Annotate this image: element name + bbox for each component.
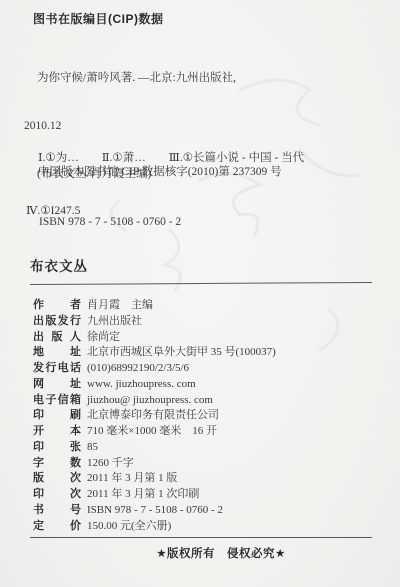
colophon-row-website: 网址 www. jiuzhoupress. com <box>33 375 373 391</box>
classification-line-2: Ⅳ.①I247.5 <box>26 203 304 221</box>
colophon-label: 出版人 <box>33 328 81 344</box>
colophon-value: (010)68992190/2/3/5/6 <box>87 362 189 374</box>
colophon-row-email: 电子信箱 jiuzhou@ jiuzhoupress. com <box>33 391 373 407</box>
colophon-label: 版次 <box>33 469 81 485</box>
colophon-label: 印张 <box>33 438 81 454</box>
colophon-value: jiuzhou@ jiuzhoupress. com <box>87 394 213 406</box>
footer-divider-rule <box>30 537 372 538</box>
colophon-row-isbn: 书号 ISBN 978 - 7 - 5108 - 0760 - 2 <box>33 501 373 517</box>
cip-title-line: 为你守候/萧吟风著. —北京:九州出版社, <box>37 70 236 86</box>
colophon-label: 电子信箱 <box>33 391 81 407</box>
colophon-row-edition: 版次 2011 年 3 月第 1 版 <box>33 469 373 485</box>
colophon-row-price: 定价 150.00 元(全六册) <box>33 517 373 533</box>
colophon-label: 出版发行 <box>33 312 81 328</box>
colophon-row-author: 作者 肖月霞 主编 <box>33 296 373 312</box>
colophon-value: www. jiuzhoupress. com <box>87 378 196 390</box>
cip-header: 图书在版编目(CIP)数据 <box>33 10 164 27</box>
colophon-row-sheets: 印张 85 <box>33 438 373 454</box>
series-divider-rule <box>30 282 372 285</box>
cip-number-line: 中国版本图书馆 CIP 数据核字(2010)第 237309 号 <box>38 163 282 179</box>
colophon-value: 徐尚定 <box>87 328 120 344</box>
book-copyright-page: { "page": { "cip_header": "图书在版编目(CIP)数据… <box>0 0 400 587</box>
colophon-label: 书号 <box>33 501 81 517</box>
colophon-value: 肖月霞 主编 <box>87 296 153 312</box>
colophon-row-address: 地址 北京市西城区阜外大街甲 35 号(100037) <box>33 343 373 359</box>
colophon-label: 印次 <box>33 485 81 501</box>
colophon-label: 定价 <box>33 517 81 533</box>
colophon-value: 九州出版社 <box>87 312 142 328</box>
colophon-row-wordcount: 字数 1260 千字 <box>33 454 373 470</box>
colophon-value: 2011 年 3 月第 1 次印刷 <box>87 485 199 501</box>
colophon-label: 发行电话 <box>33 359 81 375</box>
colophon-value: 150.00 元(全六册) <box>87 517 171 533</box>
colophon-label: 作者 <box>33 296 81 312</box>
colophon-value: 2011 年 3 月第 1 版 <box>87 469 177 485</box>
colophon-value: 85 <box>87 441 98 453</box>
colophon-value: 北京博泰印务有限责任公司 <box>87 406 219 422</box>
colophon-table: 作者 肖月霞 主编 出版发行 九州出版社 出版人 徐尚定 地址 北京市西城区阜外… <box>33 296 373 532</box>
colophon-row-format: 开本 710 毫米×1000 毫米 16 开 <box>33 422 373 438</box>
colophon-row-publisher: 出版发行 九州出版社 <box>33 312 373 328</box>
colophon-label: 地址 <box>33 343 81 359</box>
colophon-label: 网址 <box>33 375 81 391</box>
colophon-label: 印刷 <box>33 406 81 422</box>
copyright-notice: ★版权所有 侵权必究★ <box>0 545 400 561</box>
colophon-row-printing: 印次 2011 年 3 月第 1 次印刷 <box>33 485 373 501</box>
colophon-row-publisher-person: 出版人 徐尚定 <box>33 328 373 344</box>
series-title: 布衣文丛 <box>30 255 88 275</box>
colophon-label: 字数 <box>33 454 81 470</box>
colophon-value: 710 毫米×1000 毫米 16 开 <box>87 422 217 438</box>
colophon-row-phone: 发行电话 (010)68992190/2/3/5/6 <box>33 359 373 375</box>
colophon-row-printer: 印刷 北京博泰印务有限责任公司 <box>33 406 373 422</box>
colophon-value: 1260 千字 <box>87 454 134 470</box>
colophon-value: ISBN 978 - 7 - 5108 - 0760 - 2 <box>87 504 223 516</box>
colophon-label: 开本 <box>33 422 81 438</box>
colophon-value: 北京市西城区阜外大街甲 35 号(100037) <box>87 343 276 359</box>
